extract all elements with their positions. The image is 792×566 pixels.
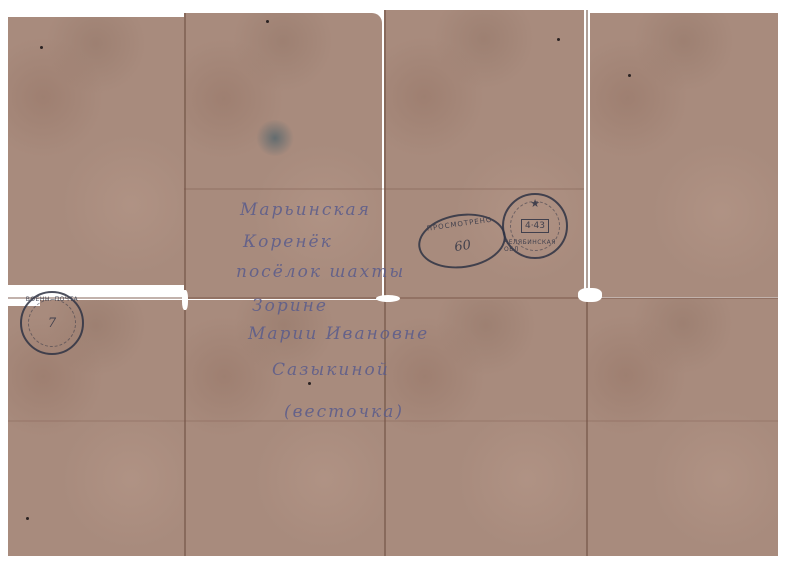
paper-tear — [182, 290, 188, 310]
paper-speck — [266, 20, 269, 23]
postmark-right-label: ЧЕЛЯБИНСКАЯ ОБЛ — [504, 239, 566, 253]
address-line-4: Зорине — [252, 296, 328, 316]
address-line-2: Коренёк — [243, 232, 333, 252]
postmark-left-label: ВОЕНН. ПОЧТА — [26, 296, 79, 303]
paper-tear — [578, 288, 602, 302]
paper-speck — [26, 517, 29, 520]
address-line-1: Марьинская — [240, 200, 371, 220]
address-line-6: Сазыкиной — [272, 360, 390, 380]
fold-line — [384, 10, 386, 556]
paper-panel — [590, 13, 778, 297]
postmark-ring — [28, 299, 76, 347]
paper-speck — [557, 38, 560, 41]
censor-stamp-number: 60 — [453, 237, 471, 254]
fold-line — [184, 188, 584, 190]
paper-panel — [8, 17, 184, 285]
address-line-5: Марии Ивановне — [248, 324, 429, 344]
paper-speck — [40, 46, 43, 49]
paper-speck — [628, 74, 631, 77]
fold-line — [586, 10, 588, 556]
paper-tear — [376, 295, 400, 302]
postmark-right: ★ ЧЕЛЯБИНСКАЯ ОБЛ 4·43 — [502, 193, 568, 259]
address-line-7: (весточка) — [284, 402, 404, 422]
ink-smudge — [255, 120, 295, 156]
postmark-left: ВОЕНН. ПОЧТА 7 — [20, 291, 84, 355]
paper-panel — [588, 298, 778, 556]
fold-line — [184, 13, 186, 556]
address-line-3: посёлок шахты — [236, 262, 405, 282]
paper-panel — [184, 13, 382, 299]
star-icon: ★ — [530, 197, 540, 210]
paper-speck — [308, 382, 311, 385]
